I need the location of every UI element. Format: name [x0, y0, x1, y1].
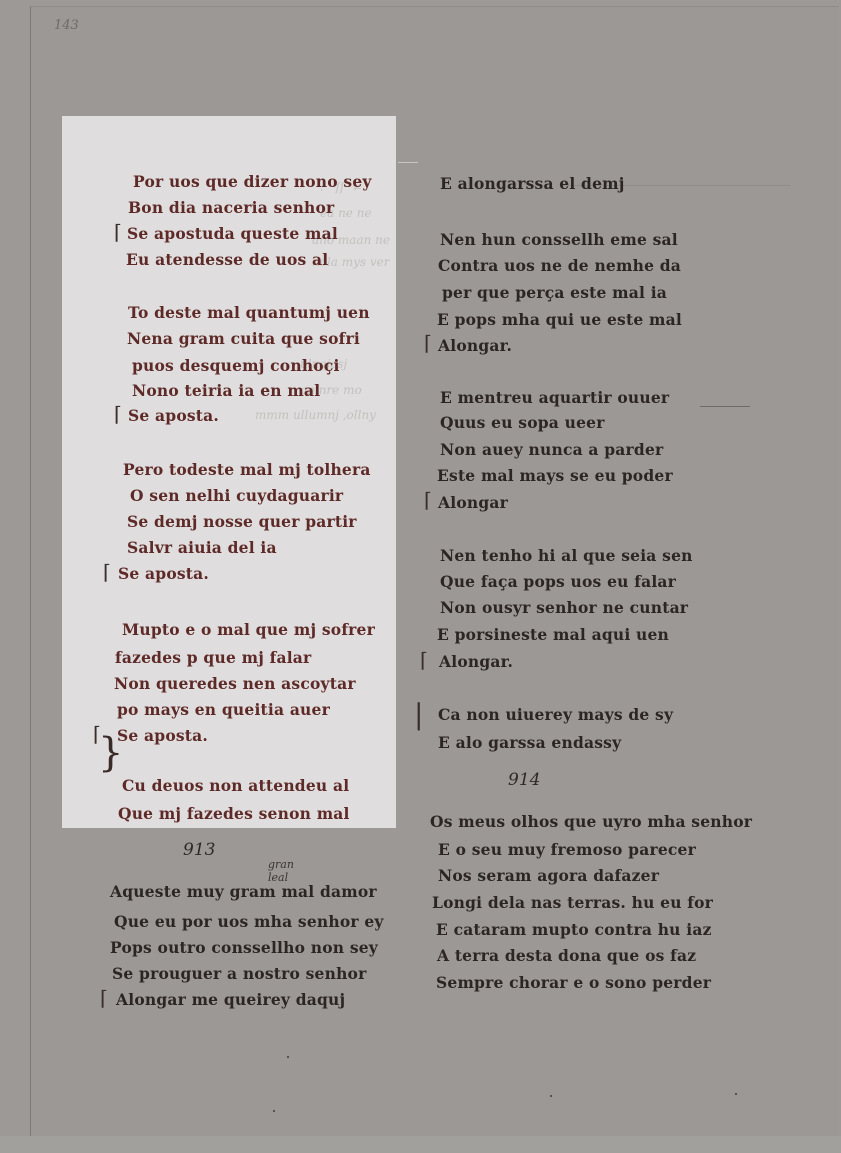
refrain-mark-icon: ⌈ — [114, 220, 122, 244]
verse-line: Se apostuda queste mal — [127, 224, 338, 243]
verse-line: Non auey nunca a parder — [440, 440, 663, 459]
refrain-mark-icon: ⌈ — [424, 488, 432, 512]
ink-speck — [735, 1093, 737, 1095]
verse-line: Ca non uiuerey mays de sy — [438, 705, 673, 724]
refrain-mark-icon: ⌈ — [103, 560, 111, 584]
verse-line: Este mal mays se eu poder — [437, 466, 673, 485]
verse-line: Nos seram agora dafazer — [438, 866, 659, 885]
ink-speck — [550, 1095, 552, 1097]
verse-line: Que mj fazedes senon mal — [118, 804, 350, 823]
verse-line: Nen tenho hi al que seia sen — [440, 546, 693, 565]
poem-number: 914 — [508, 770, 540, 790]
verse-line: E pops mha qui ue este mal — [437, 310, 682, 329]
verse-line: Sempre chorar e o sono perder — [436, 973, 711, 992]
verse-line: To deste mal quantumj uen — [128, 303, 370, 322]
verse-line: Se demj nosse quer partir — [127, 512, 357, 531]
verse-line: Se aposta. — [128, 406, 219, 425]
verse-line: Eu atendesse de uos al — [126, 250, 328, 269]
verse-line: Que eu por uos mha senhor ey — [114, 912, 384, 931]
verse-line: Nen hun conssellh eme sal — [440, 230, 678, 249]
refrain-mark-icon: ⌈ — [420, 648, 428, 672]
folio-number: 143 — [54, 18, 79, 33]
ink-speck — [273, 1110, 275, 1112]
verse-line: E o seu muy fremoso parecer — [438, 840, 696, 859]
verse-line: fazedes p que mj falar — [115, 648, 311, 667]
verse-line: Alongar — [438, 493, 508, 512]
verse-line-with-initial: Aqueste muy gram mal damor — [110, 882, 377, 901]
verse-line: Nono teiria ia en mal — [132, 381, 320, 400]
verse-line: Cu deuos non attendeu al — [122, 776, 349, 795]
bracket-icon: | — [414, 698, 423, 731]
verse-line: Pero todeste mal mj tolhera — [123, 460, 371, 479]
verse-line: po mays en queitia auer — [117, 700, 330, 719]
verse-line: Alongar. — [439, 652, 513, 671]
verse-line: puos desquemj conhoçi — [132, 356, 340, 375]
verse-line: Longi dela nas terras. hu eu for — [432, 893, 713, 912]
verse-line: Nena gram cuita que sofri — [127, 329, 360, 348]
verse-line: Non ousyr senhor ne cuntar — [440, 598, 688, 617]
refrain-mark-icon: ⌈ — [424, 331, 432, 355]
verse-line: Bon dia naceria senhor — [128, 198, 334, 217]
verse-line: Alongar me queirey daquj — [116, 990, 345, 1009]
poem-number: 913 — [183, 840, 215, 860]
verse-line: E alongarssa el demj — [440, 174, 625, 193]
verse-line: per que perça este mal ia — [442, 283, 667, 302]
refrain-mark-icon: ⌈ — [100, 986, 108, 1010]
verse-line: Non queredes nen ascoytar — [114, 674, 356, 693]
verse-line: Contra uos ne de nemhe da — [438, 256, 681, 275]
verse-line: Se prouguer a nostro senhor — [112, 964, 366, 983]
verse-line: E porsineste mal aqui uen — [437, 625, 669, 644]
verse-line: Se aposta. — [118, 564, 209, 583]
refrain-mark-icon: ⌈ — [114, 402, 122, 426]
verse-line: O sen nelhi cuydaguarir — [130, 486, 343, 505]
verse-line: Quus eu sopa ueer — [440, 413, 605, 432]
verse-line: Os meus olhos que uyro mha senhor — [430, 812, 752, 831]
verse-line: Se aposta. — [117, 726, 208, 745]
verse-line: Por uos que dizer nono sey — [133, 172, 372, 191]
verse-line: Mupto e o mal que mj sofrer — [122, 620, 375, 639]
ghost-rule — [398, 162, 418, 163]
marginal-annotation: gran leal — [268, 858, 294, 884]
page-bottom-edge — [0, 1136, 841, 1153]
verse-line: E cataram mupto contra hu iaz — [436, 920, 712, 939]
verse-line: A terra desta dona que os faz — [437, 946, 696, 965]
verse-line: Alongar. — [438, 336, 512, 355]
verse-line: E mentreu aquartir ouuer — [440, 388, 669, 407]
verse-line: Pops outro conssellho non sey — [110, 938, 378, 957]
brace-icon: } — [98, 730, 123, 776]
ghost-rule — [700, 406, 750, 407]
verse-line: Que faça pops uos eu falar — [440, 572, 676, 591]
verse-line: Aqueste muy gram mal damor — [110, 882, 377, 901]
show-through-text: mmm ullumnj ,ollny — [255, 408, 376, 422]
verse-line: Salvr aiuia del ia — [127, 538, 277, 557]
ink-speck — [287, 1056, 289, 1058]
verse-line: E alo garssa endassy — [438, 733, 621, 752]
